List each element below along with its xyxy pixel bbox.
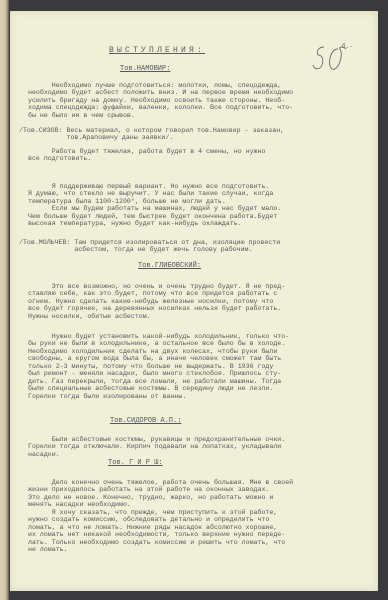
text-line: все подготовить. xyxy=(28,155,368,162)
speaker-heading: Тов. Г И Р Ш: xyxy=(108,459,163,467)
text-line: их ломать нет никакой необходимости, тол… xyxy=(28,531,368,538)
paragraph: Нужно будет установить какой-нибудь холо… xyxy=(28,333,368,400)
text-line: тов.Араповичу даны заявки/. xyxy=(19,134,359,141)
text-line: асбестом, тогда не будет жечь голову раб… xyxy=(19,246,359,253)
text-line: Если мы будем работать на машинах, людей… xyxy=(28,205,368,212)
text-line: Работа будет тяжелая, работа будет в 4 с… xyxy=(28,148,368,155)
paragraph: Работа будет тяжелая, работа будет в 4 с… xyxy=(28,148,368,163)
speaker-heading: Тов.СИДОРОВ А.П.: xyxy=(110,417,181,425)
document-page: ВЫСТУПЛЕНИЯ: б.- Тов.НАМОВИР: Необходимо… xyxy=(10,11,378,591)
text-line: ходима спецодежда: фуфайки, валенки, кол… xyxy=(28,104,368,111)
paragraph: Необходимо лучше подготовиться: молотки,… xyxy=(28,82,368,119)
text-line: свободны, а кругом вода была бы, а иначе… xyxy=(28,355,368,362)
text-line: насадки. xyxy=(28,451,368,458)
text-line: необходимо будет асбест положить вниз. И… xyxy=(28,89,368,96)
text-line: не ломать. xyxy=(28,546,368,553)
speaker-heading: Тов.ГЛИБОВСКИЙ: xyxy=(138,262,201,270)
document-heading: ВЫСТУПЛЕНИЯ: xyxy=(109,46,205,55)
paragraph: Были асбестовые костюмы, рукавицы и пред… xyxy=(28,436,368,458)
text-line: бы не было ни в чем срывов. xyxy=(28,112,368,119)
binding-edge xyxy=(0,0,9,600)
text-line: высокая температура, нужно будет как-ниб… xyxy=(28,220,368,227)
paragraph: Это все возможно, но очень и очень трудн… xyxy=(28,283,368,320)
text-line: был ремонт - меняли насадки, было много … xyxy=(28,370,368,377)
text-line: Горелки тогда были изолированы от ванны. xyxy=(28,393,368,400)
text-line: Были асбестовые костюмы, рукавицы и пред… xyxy=(28,436,368,443)
text-line: бы руки не были в холодильнике, а осталь… xyxy=(28,340,368,347)
text-line: менять насадки необходимо. xyxy=(28,501,368,508)
text-line: лать. Только необходимо создать комиссию… xyxy=(28,539,368,546)
paragraph: Я поддерживаю первый вариант. Но нужно в… xyxy=(28,183,368,228)
speaker-heading: Тов.НАМОВИР: xyxy=(120,65,170,73)
text-line: Нужны носилки, обитые асбестом. xyxy=(28,313,368,320)
text-line: Я думаю, что стекло не выручит. У нас бы… xyxy=(28,190,368,197)
text-line: были специальные асбестовые костюмы. В с… xyxy=(28,385,368,392)
text-line: ставляю себе, как это будет, потому что … xyxy=(28,290,368,297)
paragraph: /Тов.СИЗОВ: Весь материал, о котором гов… xyxy=(19,127,359,142)
paragraph: Дело конечно очень тяжелое, работа очень… xyxy=(28,479,368,554)
page-suffix: б.- xyxy=(342,43,353,50)
text-line: Горелки тогда отключали. Кирпич подавали… xyxy=(28,443,368,450)
text-line: нужно создать комиссию, обследовать дета… xyxy=(28,516,368,523)
text-line: жизни приходилось работать на этой работ… xyxy=(28,486,368,493)
text-line: /Тов.СИЗОВ: Весь материал, о котором гов… xyxy=(19,127,359,134)
paragraph: /Тов.МОЛЬЧЕВ: Там придется изолироваться… xyxy=(19,239,359,254)
text-line: все будет горячее, на деревянных носилка… xyxy=(28,305,368,312)
